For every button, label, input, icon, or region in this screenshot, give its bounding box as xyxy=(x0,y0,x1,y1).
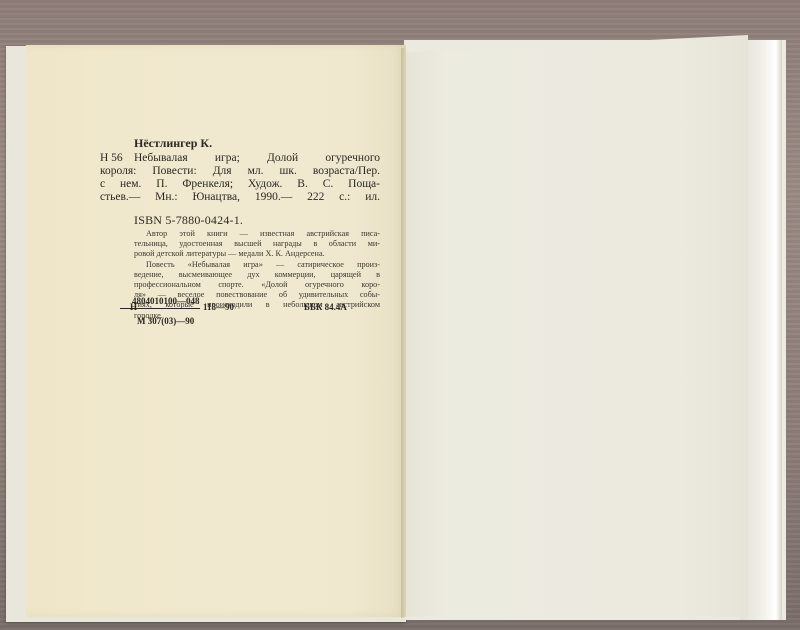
isbn: ISBN 5-7880-0424-1. xyxy=(134,214,380,227)
code-numerator: 4804010100—048 xyxy=(132,296,200,306)
entry-line: короля: Повести: Для мл. шк. возраста/Пе… xyxy=(100,165,380,178)
code-prefix: Н xyxy=(130,302,137,312)
annotation-line: Повесть «Небывалая игра» — сатирическое … xyxy=(134,260,380,270)
annotation-line: ровой детской литературы — медали Х. К. … xyxy=(134,249,380,259)
catalog-record: Нёстлингер К. Н 56 Небывалая игра; Долой… xyxy=(100,137,380,321)
annotation-line: тельница, удостоенная высшей награды в о… xyxy=(134,239,380,249)
author-name: Нёстлингер К. xyxy=(134,137,380,150)
code-denominator: М 307(03)—90 xyxy=(137,316,194,326)
bbk-code: ББК 84.4А xyxy=(304,302,347,312)
code-suffix: 118—90 xyxy=(203,302,234,312)
entry-line: стьев.— Мн.: Юнацтва, 1990.— 222 с.: ил. xyxy=(100,191,380,204)
bibliographic-entry: Н 56 Небывалая игра; Долой огуречного ко… xyxy=(100,152,380,204)
left-page xyxy=(26,45,406,617)
book-gutter xyxy=(401,48,405,618)
entry-line: Небывалая игра; Долой огуречного xyxy=(134,152,380,165)
annotation-line: ведение, высмеивающее дух коммерции, цар… xyxy=(134,270,380,280)
fraction-line xyxy=(120,308,200,309)
right-page-blank xyxy=(404,35,748,617)
annotation-line: профессиональном спорте. «Долой огуречно… xyxy=(134,280,380,290)
entry-line: с нем. П. Френкеля; Худож. В. С. Поща- xyxy=(100,178,380,191)
annotation-line: Автор этой книги — известная австрийская… xyxy=(134,229,380,239)
index-code: Н 56 xyxy=(100,152,123,165)
